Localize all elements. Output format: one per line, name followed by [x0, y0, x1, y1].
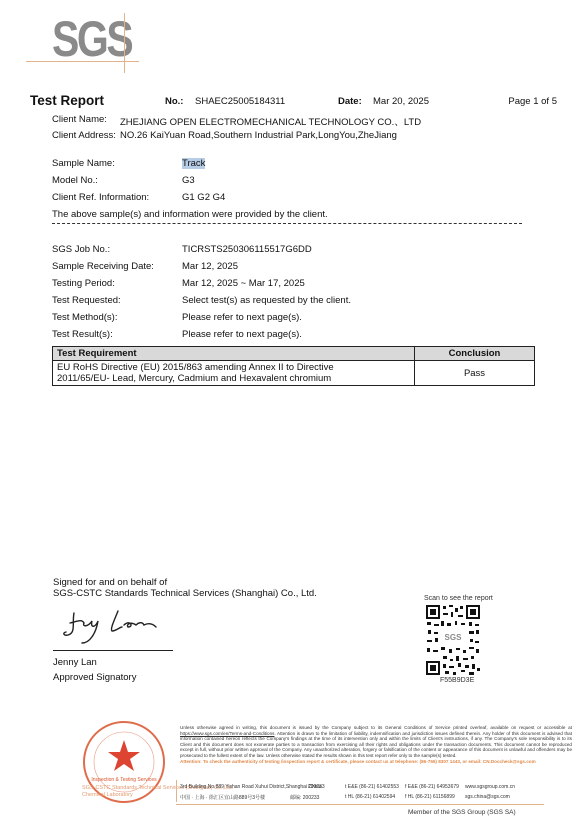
test-requested-value: Select test(s) as requested by the clien…	[182, 295, 351, 306]
sample-name-value[interactable]: Track	[182, 158, 205, 169]
test-method-row: Test Method(s): Please refer to next pag…	[52, 312, 117, 323]
logo-vertical-rule	[124, 13, 125, 73]
header-conclusion: Conclusion	[415, 347, 535, 361]
qr-caption: Scan to see the report	[424, 595, 493, 602]
requirement-line-1: EU RoHS Directive (EU) 2015/863 amending…	[57, 362, 410, 373]
handwritten-signature	[60, 605, 170, 645]
qr-verification-code: F55B9D3E	[440, 677, 474, 684]
sample-name-row: Sample Name: Track	[52, 158, 115, 169]
seal-center-text: Inspection & Testing Services	[91, 777, 157, 783]
client-address-value: NO.26 KaiYuan Road,Southern Industrial P…	[120, 130, 397, 141]
client-address-row: Client Address: NO.26 KaiYuan Road,South…	[52, 130, 116, 141]
client-name-row: Client Name: ZHEJIANG OPEN ELECTROMECHAN…	[52, 114, 107, 125]
conclusion-cell: Pass	[415, 361, 535, 386]
logo-horizontal-rule	[26, 61, 139, 62]
testing-period-row: Testing Period: Mar 12, 2025 ~ Mar 17, 2…	[52, 278, 115, 289]
signed-on-behalf: Signed for and on behalf of SGS-CSTC Sta…	[53, 577, 317, 599]
sample-name-label: Sample Name:	[52, 158, 115, 169]
job-no-value: TICRSTS250306115517G6DD	[182, 244, 312, 255]
signer-name: Jenny Lan	[53, 657, 97, 668]
client-address-label: Client Address:	[52, 130, 116, 141]
table-row: EU RoHS Directive (EU) 2015/863 amending…	[53, 361, 535, 386]
address-en: 3rd Building,No.889 Yishan Road Xuhui Di…	[180, 784, 321, 790]
report-no-label: No.:	[165, 96, 183, 107]
signer-role: Approved Signatory	[53, 672, 136, 683]
footer-rule	[176, 804, 544, 805]
header-test-requirement: Test Requirement	[53, 347, 415, 361]
receiving-date-row: Sample Receiving Date: Mar 12, 2025	[52, 261, 154, 272]
sgs-logo-text: SGS	[52, 14, 131, 64]
test-requested-label: Test Requested:	[52, 295, 121, 306]
report-date-label: Date:	[338, 96, 362, 107]
website[interactable]: www.sgsgroup.com.cn	[465, 784, 515, 790]
client-ref-label: Client Ref. Information:	[52, 192, 149, 203]
testing-period-label: Testing Period:	[52, 278, 115, 289]
receiving-date-label: Sample Receiving Date:	[52, 261, 154, 272]
test-requested-row: Test Requested: Select test(s) as reques…	[52, 295, 121, 306]
member-of-group: Member of the SGS Group (SGS SA)	[408, 809, 516, 816]
report-header: Test Report No.: SHAEC25005184311 Date: …	[30, 93, 557, 109]
dashed-separator	[52, 223, 522, 224]
report-date-value: Mar 20, 2025	[373, 96, 429, 107]
testing-period-value: Mar 12, 2025 ~ Mar 17, 2025	[182, 278, 305, 289]
model-no-label: Model No.:	[52, 175, 98, 186]
requirement-cell: EU RoHS Directive (EU) 2015/863 amending…	[53, 361, 415, 386]
report-title: Test Report	[30, 93, 104, 108]
fax-cn: f HL (86-21) 61156899	[405, 794, 455, 800]
test-method-label: Test Method(s):	[52, 312, 117, 323]
test-result-label: Test Result(s):	[52, 329, 113, 340]
address-divider	[176, 780, 177, 802]
sample-note: The above sample(s) and information were…	[52, 209, 328, 220]
requirement-line-2: 2011/65/EU- Lead, Mercury, Cadmium and H…	[57, 373, 410, 384]
terms-link[interactable]: https://www.sgs.com/en/Terms-and-Conditi…	[180, 731, 274, 736]
address-cn: 中国 · 上海 · 徐汇区宜山路889号3号楼	[180, 794, 265, 801]
postcode-cn: 邮编: 200233	[290, 794, 319, 801]
tel-en: t E&E (86-21) 61402553	[345, 784, 399, 790]
signature-line	[53, 650, 173, 651]
model-no-row: Model No.: G3	[52, 175, 98, 186]
signed-line-2: SGS-CSTC Standards Technical Services (S…	[53, 588, 317, 599]
authenticity-attention: Attention: To check the authenticity of …	[180, 759, 572, 765]
sgs-logo: SGS	[26, 13, 141, 73]
legal-disclaimer: Unless otherwise agreed in writing, this…	[180, 725, 572, 764]
client-ref-row: Client Ref. Information: G1 G2 G4	[52, 192, 149, 203]
model-no-value: G3	[182, 175, 195, 186]
postcode-en: 200233	[308, 784, 325, 790]
test-method-value: Please refer to next page(s).	[182, 312, 302, 323]
tel-cn: t HL (86-21) 61402594	[345, 794, 395, 800]
test-requirements-table: Test Requirement Conclusion EU RoHS Dire…	[52, 346, 535, 386]
email[interactable]: sgs.china@sgs.com	[465, 794, 510, 800]
test-result-value: Please refer to next page(s).	[182, 329, 302, 340]
client-name-label: Client Name:	[52, 114, 107, 125]
report-no-value: SHAEC25005184311	[195, 96, 285, 107]
receiving-date-value: Mar 12, 2025	[182, 261, 238, 272]
page-indicator: Page 1 of 5	[508, 96, 557, 107]
client-ref-value: G1 G2 G4	[182, 192, 225, 203]
disclaimer-text-pre: Unless otherwise agreed in writing, this…	[180, 725, 572, 730]
fax-en: f E&E (86-21) 64953679	[405, 784, 459, 790]
qr-code-icon[interactable]: SGS	[425, 604, 481, 676]
test-result-row: Test Result(s): Please refer to next pag…	[52, 329, 113, 340]
signed-line-1: Signed for and on behalf of	[53, 577, 317, 588]
client-name-value: ZHEJIANG OPEN ELECTROMECHANICAL TECHNOLO…	[120, 114, 421, 128]
job-no-label: SGS Job No.:	[52, 244, 110, 255]
job-no-row: SGS Job No.: TICRSTS250306115517G6DD	[52, 244, 110, 255]
qr-center-logo: SGS	[445, 633, 463, 642]
table-header-row: Test Requirement Conclusion	[53, 347, 535, 361]
